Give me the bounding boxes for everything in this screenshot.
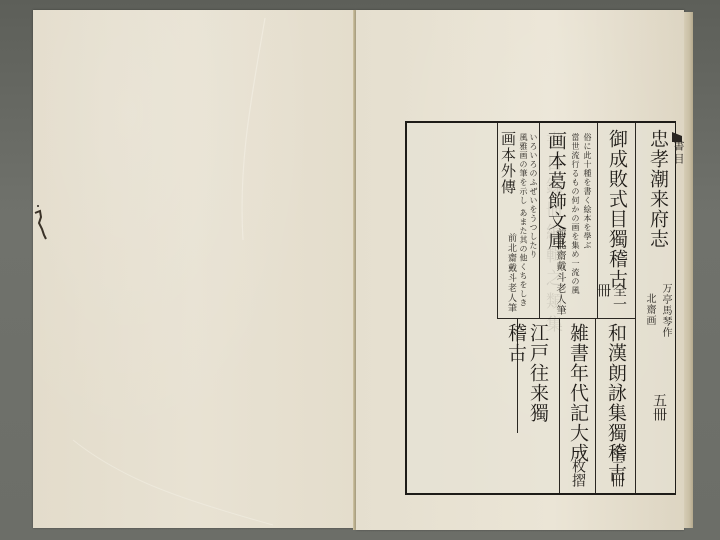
entry-description: 當世流行るもの何かの画を集め一流の風	[569, 133, 581, 295]
entry-artist: 北齋画	[643, 293, 655, 326]
catalogue-entry-ehon-gaiden: 画本外傳 風雅画の筆を示し あまた其の他くちをしき いろいろのふぜいをうつしたり…	[497, 123, 539, 318]
entry-volumes: 全一冊	[595, 283, 627, 318]
entry-author: 前北齋戴斗老人筆	[553, 228, 565, 316]
paper-crease	[33, 10, 355, 528]
entry-volumes: 全二冊	[609, 445, 625, 487]
entry-author: 万亭馬琴作	[659, 283, 671, 338]
entry-description-2: 俗に此十種を書く絵本を學ぶ	[581, 133, 593, 250]
catalogue-entry-edo-orai: 江戸往来獨稽古	[517, 319, 559, 433]
catalogue-entry-goseibai-shikimoku: 御成敗式目獨稽古 全一冊	[597, 123, 635, 318]
entry-title: 江戸往来獨稽古	[505, 323, 549, 433]
catalogue-entry-ehon-katsushika-bunko: 画本葛飾文庫 當世流行るもの何かの画を集め一流の風 俗に此十種を書く絵本を學ぶ …	[539, 123, 597, 318]
entry-description-2: いろいろのふぜいをうつしたり	[527, 133, 539, 259]
entry-author: 前北齋戴斗老人筆	[505, 233, 517, 313]
catalogue-entry-zassho-nendaiki: 雑書年代記大成 一枚摺	[559, 319, 595, 493]
catalogue-entry-chuko-itako: 忠孝潮来府志 万亭馬琴作 北齋画 五冊	[635, 123, 675, 493]
entry-volumes: 五冊	[651, 393, 667, 487]
ink-blemish	[34, 205, 48, 241]
catalogue-entry-wakan-roeishu: 和漢朗詠集獨稽古 全二冊	[595, 319, 635, 493]
entry-title: 忠孝潮来府志	[647, 129, 669, 249]
spine-tab-label: 書目	[672, 140, 686, 340]
entry-title: 雑書年代記大成	[567, 323, 589, 463]
entry-title: 画本外傳	[497, 131, 519, 195]
left-page	[33, 10, 355, 528]
entry-volumes: 一枚摺	[570, 445, 586, 487]
entry-title: 御成敗式目獨稽古	[606, 129, 628, 289]
printed-catalogue-frame: 書目録冊編輯之類集 忠孝潮来府志 万亭馬琴作 北齋画 五冊 御成敗式目獨稽古 全…	[405, 121, 676, 495]
